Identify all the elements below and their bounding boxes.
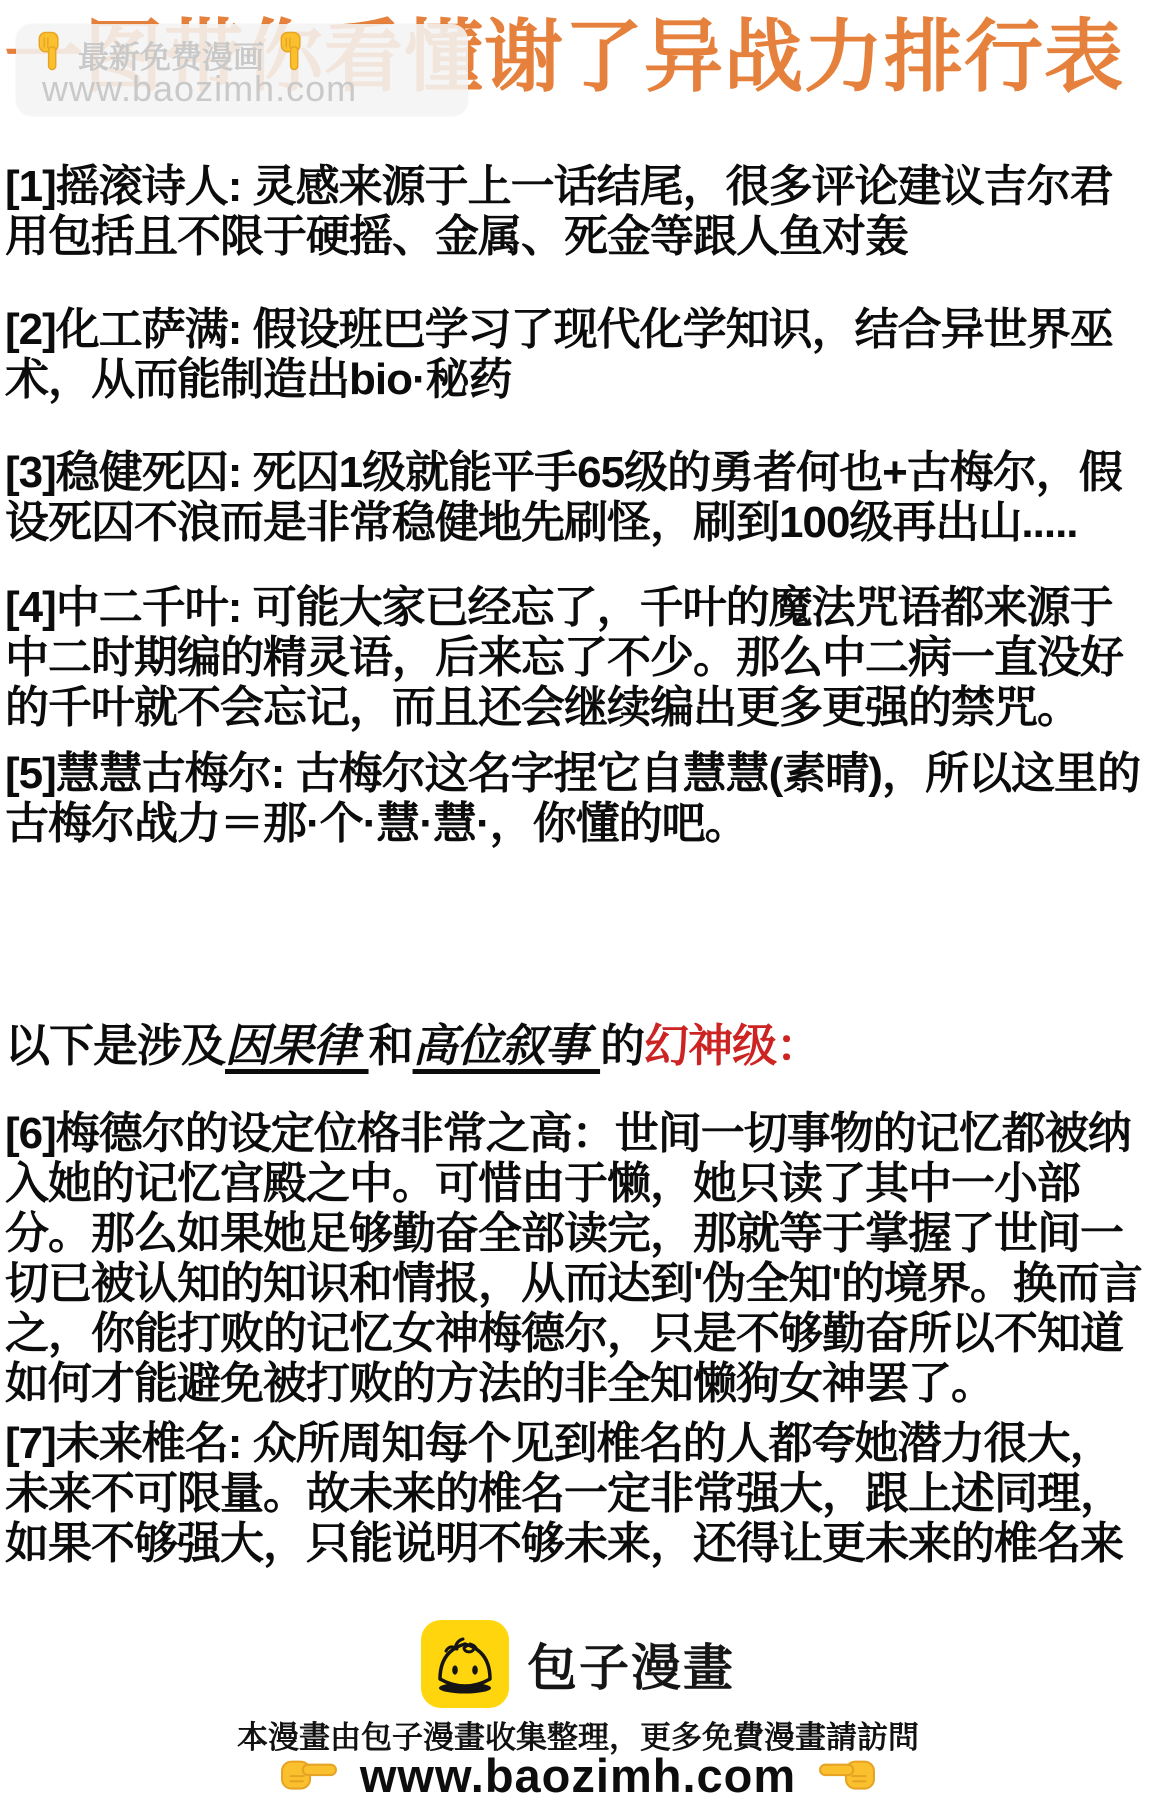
footer-url: www.baozimh.com [360,1748,796,1800]
comic-credit-page: 一图带你看懂谢了异战力排行表 最新免费漫画 [0,0,1156,1800]
baozi-bun-icon [421,1620,509,1708]
pointing-left-icon [818,1752,876,1799]
paragraph-6: [6]梅德尔的设定位格非常之高：世间一切事物的记忆都被纳入她的记忆宫殿之中。可惜… [5,1109,1153,1409]
paragraph-4: [4]中二千叶: 可能大家已经忘了，千叶的魔法咒语都来源于中二时期编的精灵语，后… [5,583,1153,733]
tier-of: 的 [600,1020,644,1071]
footer-url-row: www.baozimh.com [0,1748,1156,1800]
brand-row: 包子漫畫 [0,1620,1156,1708]
paragraph-7: [7]未来椎名: 众所周知每个见到椎名的人都夸她潜力很大，未来不可限量。故未来的… [5,1419,1153,1569]
brand-name: 包子漫畫 [527,1628,735,1700]
tier-highlight: 幻神级 [644,1020,776,1071]
paragraph-2: [2]化工萨满: 假设班巴学习了现代化学知识，结合异世界巫术，从而能制造出bio… [5,305,1153,405]
paragraph-1: [1]摇滚诗人: 灵感来源于上一话结尾，很多评论建议吉尔君用包括且不限于硬摇、金… [5,162,1153,262]
paragraph-5: [5]慧慧古梅尔: 古梅尔这名字捏它自慧慧(素晴)，所以这里的古梅尔战力＝那·个… [5,749,1153,849]
tier-heading: 以下是涉及因果律 和高位叙事 的幻神级： [5,1009,1153,1074]
paragraph-3: [3]稳健死囚: 死囚1级就能平手65级的勇者何也+古梅尔，假设死囚不浪而是非常… [5,448,1153,548]
tier-term-causality: 因果律 [225,1020,369,1071]
watermark-url: www.baozimh.com [42,68,357,110]
watermark-badge: 最新免费漫画 www.baozimh.com [16,24,468,116]
tier-term-high-narrative: 高位叙事 [413,1020,601,1071]
tier-and: 和 [369,1020,413,1071]
tier-colon: ： [776,1020,820,1071]
tier-prefix: 以下是涉及 [5,1020,225,1071]
pointing-right-icon [280,1752,338,1799]
